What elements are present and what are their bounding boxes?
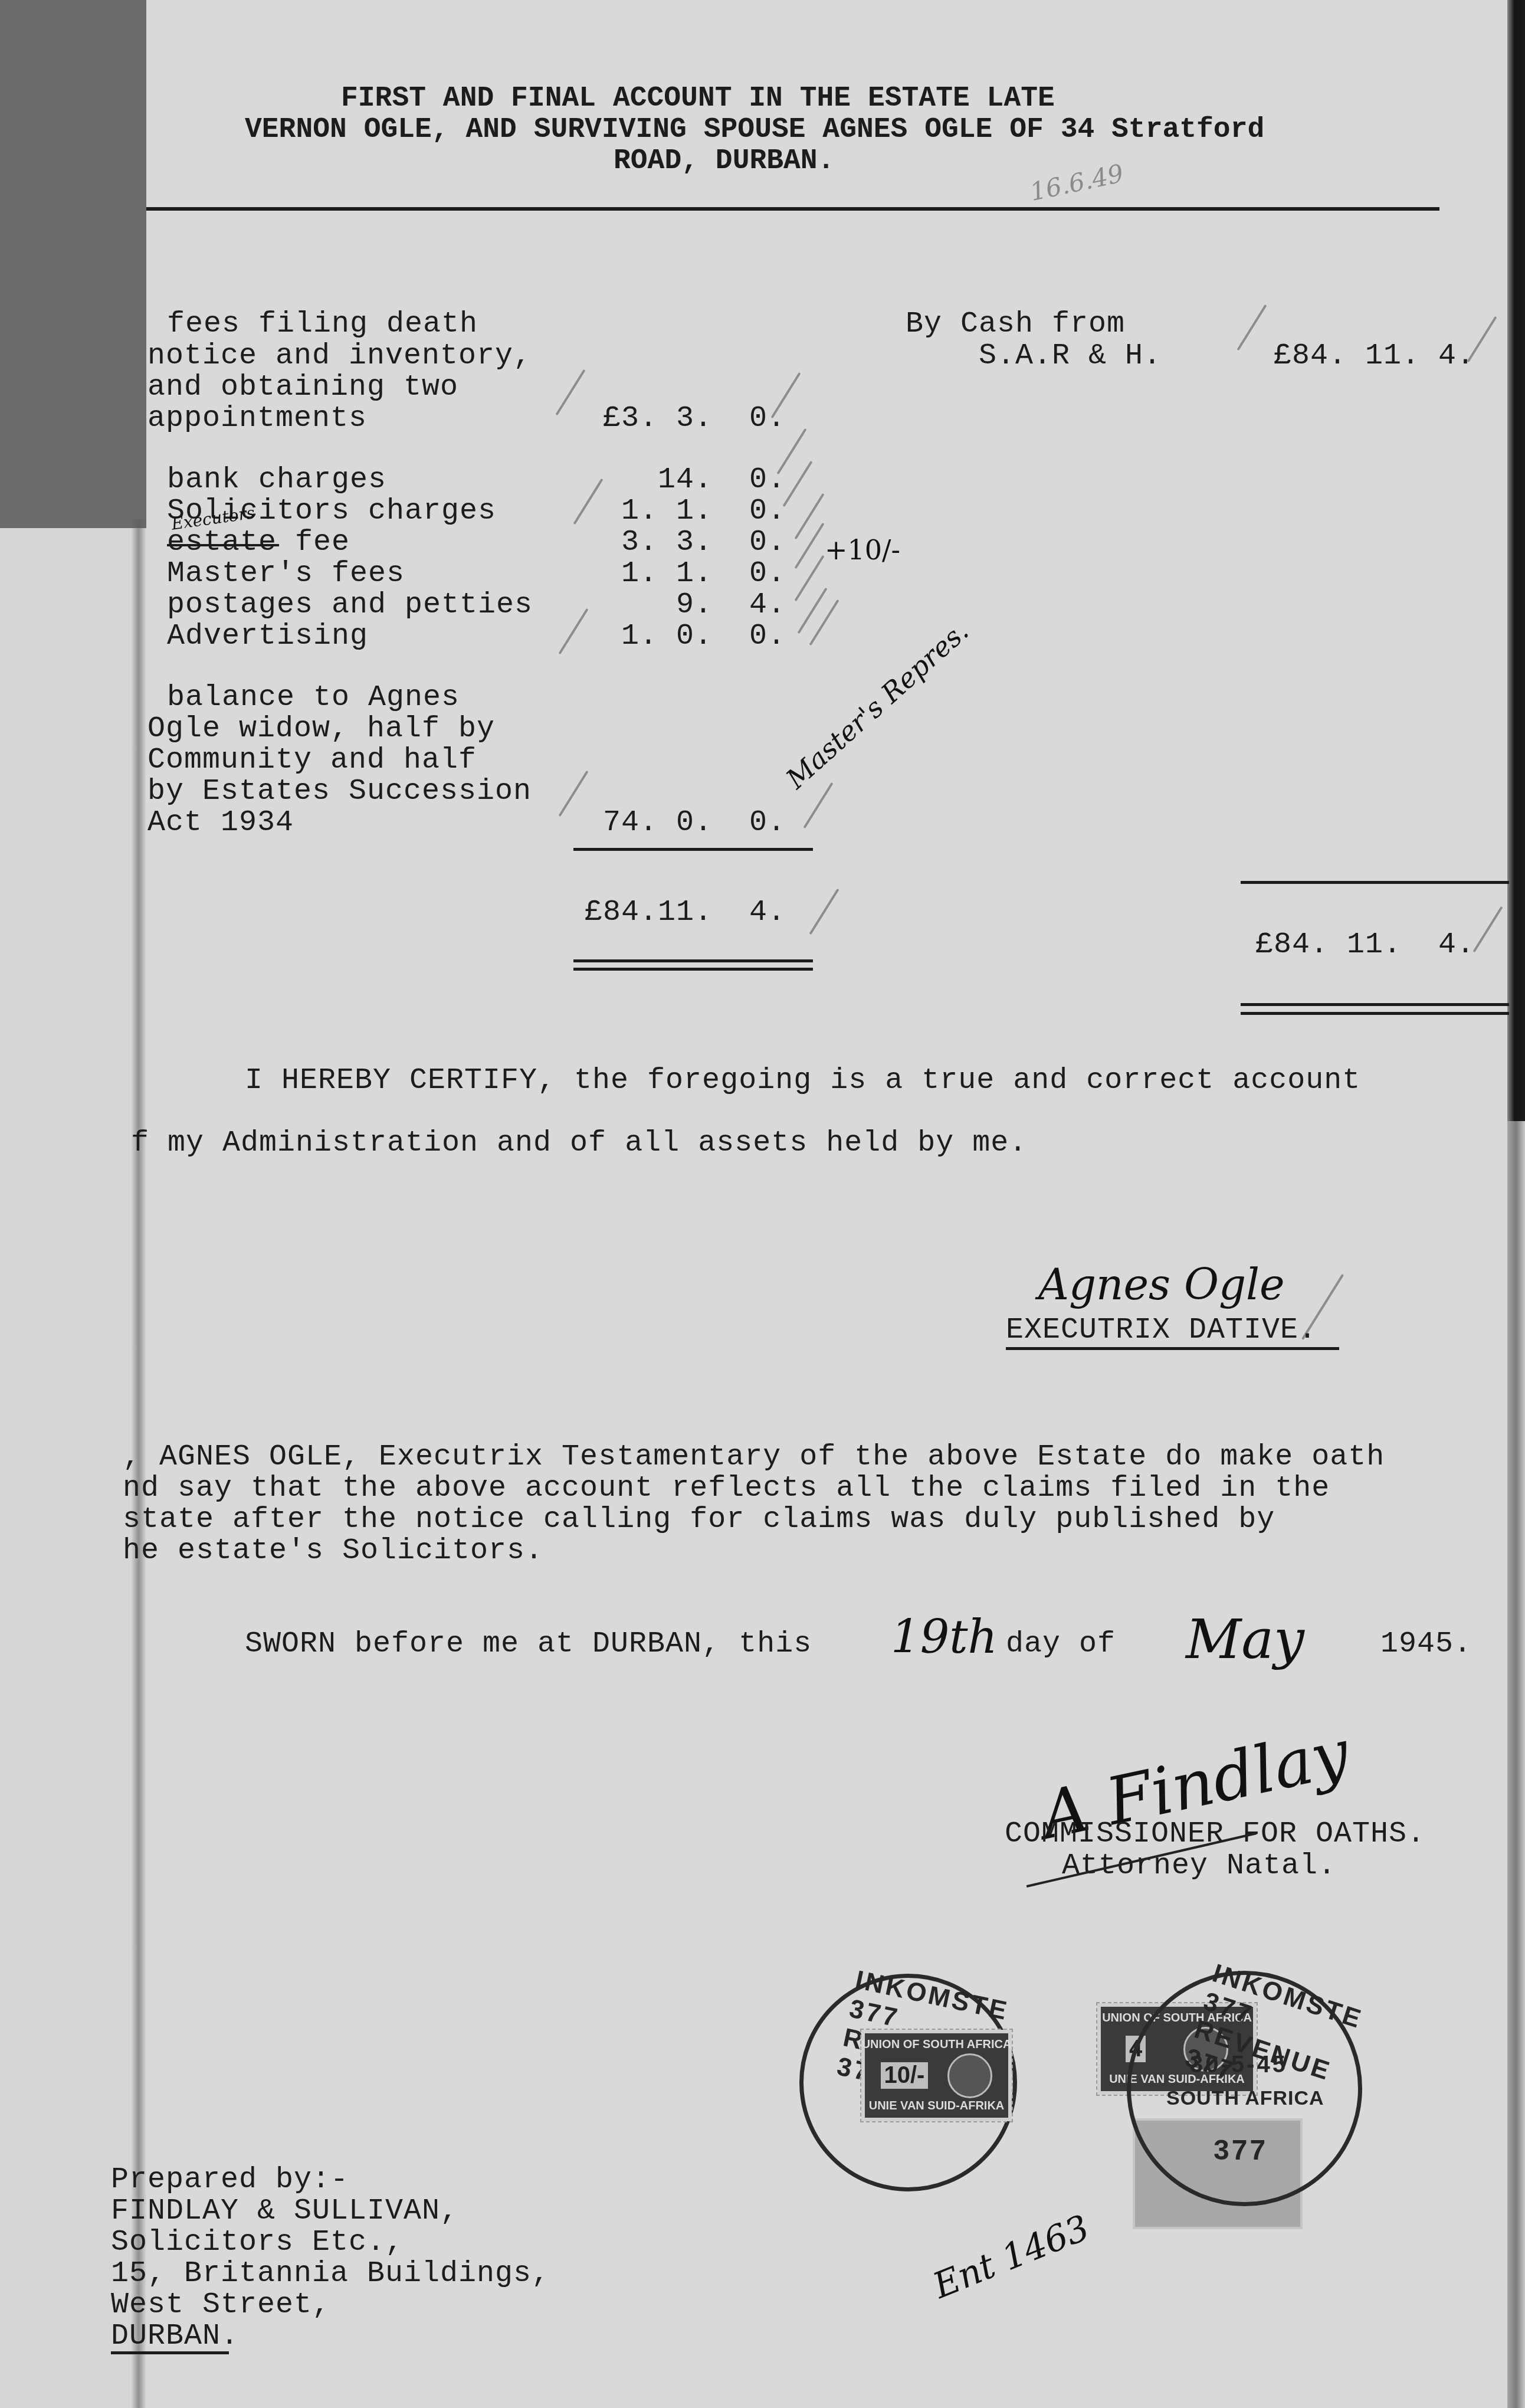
title-line-2: VERNON OGLE, AND SURVIVING SPOUSE AGNES … xyxy=(245,114,1264,146)
debit-total-rule-2 xyxy=(573,968,813,971)
debit-6-label: postages and petties xyxy=(167,589,533,621)
oath-line-2: nd say that the above account reflects a… xyxy=(123,1473,1330,1505)
commissioner-subtitle: Attorney Natal. xyxy=(1062,1850,1336,1882)
credit-total-rule-1 xyxy=(1241,1003,1509,1006)
executrix-signature: Agnes Ogle xyxy=(1038,1260,1285,1309)
title-rule xyxy=(146,207,1439,211)
sworn-day-of: day of xyxy=(1006,1629,1116,1660)
debit-total-rule-1 xyxy=(573,959,813,962)
executrix-title-underline xyxy=(1006,1347,1339,1350)
debit-2-amount: 14. 0. xyxy=(573,464,786,496)
debit-8-line-4: by Estates Succession xyxy=(147,776,532,808)
right-page-edge xyxy=(1507,1121,1525,2408)
prepared-by-line-1: Prepared by:- xyxy=(111,2164,349,2196)
prepared-by-line-5: West Street, xyxy=(111,2289,330,2321)
debit-8-line-3: Community and half xyxy=(147,745,477,777)
commissioner-title: COMMISSIONER FOR OATHS. xyxy=(1005,1819,1425,1850)
strikethrough-estate xyxy=(167,544,279,546)
revenue-stamp-left: UNION OF SOUTH AFRICA 10/- UNIE VAN SUID… xyxy=(861,2030,1012,2121)
debit-subtotal-rule xyxy=(573,848,813,851)
debit-7-label: Advertising xyxy=(167,621,368,653)
certification-line-2: f my Administration and of all assets he… xyxy=(131,1128,1027,1159)
portrait-icon xyxy=(947,2053,992,2098)
left-stamp-top: UNION OF SOUTH AFRICA xyxy=(862,2038,1012,2052)
credit-1-line-1: By Cash from xyxy=(906,309,1125,340)
title-line-1: FIRST AND FINAL ACCOUNT IN THE ESTATE LA… xyxy=(341,83,1055,114)
debit-5-amount: 1. 1. 0. xyxy=(573,558,786,590)
debit-2-label: bank charges xyxy=(167,464,386,496)
revenue-cancel-stamp-right: INKOMSTE 377 REVENUE 377 30-5-45 SOUTH A… xyxy=(1127,1971,1362,2206)
sworn-month: May xyxy=(1186,1608,1304,1671)
debit-8-amount: 74. 0. 0. xyxy=(573,807,786,839)
oath-line-4: he estate's Solicitors. xyxy=(123,1535,543,1567)
credit-subtotal-rule xyxy=(1241,881,1509,884)
title-line-3: ROAD, DURBAN. xyxy=(614,145,834,177)
oath-line-1: , AGNES OGLE, Executrix Testamentary of … xyxy=(123,1441,1385,1473)
debit-5-label: Master's fees xyxy=(167,558,405,590)
debit-8-line-5: Act 1934 xyxy=(147,807,294,839)
debit-8-line-2: Ogle widow, half by xyxy=(147,713,495,745)
prepared-by-line-3: Solicitors Etc., xyxy=(111,2227,404,2259)
binding-cover xyxy=(0,0,147,528)
credit-1-amount: £84. 11. 4. xyxy=(1239,340,1475,372)
debit-3-amount: 1. 1. 0. xyxy=(573,496,786,528)
sworn-year: 1945. xyxy=(1380,1629,1472,1660)
credit-total-rule-2 xyxy=(1241,1012,1509,1015)
debit-1-line-2: notice and inventory, xyxy=(147,340,532,372)
oath-line-3: state after the notice calling for claim… xyxy=(123,1504,1275,1536)
left-stamp-value: 10/- xyxy=(881,2062,929,2089)
cancel-country: SOUTH AFRICA xyxy=(1166,2087,1324,2110)
executrix-title: EXECUTRIX DATIVE. xyxy=(1006,1315,1317,1346)
left-stamp-bottom: UNIE VAN SUID-AFRIKA xyxy=(869,2099,1005,2113)
sworn-day: 19th xyxy=(891,1611,998,1664)
debit-7-amount: 1. 0. 0. xyxy=(573,621,786,653)
debit-4-amount: 3. 3. 0. xyxy=(573,527,786,559)
cancel-number: 377 xyxy=(1214,2134,1268,2167)
prepared-by-line-6: DURBAN. xyxy=(111,2321,239,2353)
prepared-by-line-4: 15, Britannia Buildings, xyxy=(111,2258,550,2290)
prepared-by-line-2: FINDLAY & SULLIVAN, xyxy=(111,2196,458,2227)
durban-underline xyxy=(111,2351,229,2354)
credit-total: £84. 11. 4. xyxy=(1239,929,1475,961)
debit-6-amount: 9. 4. xyxy=(573,589,786,621)
debit-1-line-1: fees filing death xyxy=(167,309,478,340)
debit-total: £84.11. 4. xyxy=(573,897,786,929)
sworn-prefix: SWORN before me at DURBAN, this xyxy=(245,1629,812,1660)
debit-1-line-3: and obtaining two xyxy=(147,372,458,404)
cancel-date: 30-5-45 xyxy=(1190,2052,1288,2078)
debit-1-line-4: appointments xyxy=(147,403,367,435)
debit-1-amount: £3. 3. 0. xyxy=(573,403,786,435)
master-fees-note: +10/- xyxy=(825,534,900,566)
debit-8-line-1: balance to Agnes xyxy=(167,682,460,714)
debit-4-label: estate fee xyxy=(167,527,350,559)
credit-1-line-2: S.A.R & H. xyxy=(906,340,1162,372)
certification-line-1: I HEREBY CERTIFY, the foregoing is a tru… xyxy=(245,1065,1360,1097)
